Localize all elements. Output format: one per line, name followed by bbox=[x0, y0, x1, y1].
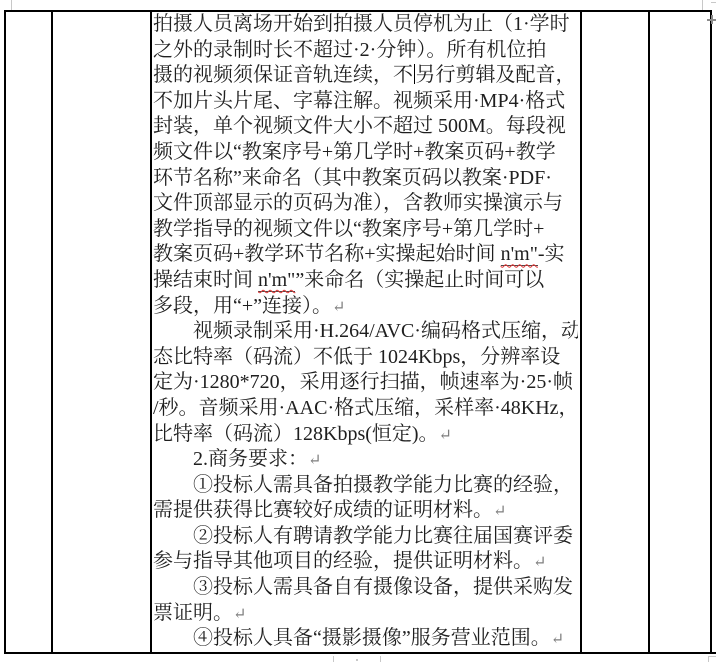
text-segment: ①投标人需具备拍摄教学能力比赛的经验， bbox=[153, 474, 573, 496]
table-resize-handle-icon[interactable] bbox=[707, 15, 716, 24]
gridline-fragment-bottom-corner-v bbox=[708, 656, 709, 662]
text-line[interactable]: /秒。音频采用·AAC·格式压缩，采样率·48KHz， bbox=[153, 396, 578, 422]
word-document-view: { "colors": { "border": "#000000", "grid… bbox=[0, 0, 716, 662]
text-line[interactable]: 2.商务要求：↵ bbox=[153, 447, 578, 473]
text-segment: ②投标人有聘请教学能力比赛往届国赛评委 bbox=[153, 525, 573, 547]
text-segment: ④投标人具备“摄影摄像”服务营业范围。 bbox=[153, 627, 551, 649]
misspelled-text: n'm" bbox=[258, 269, 295, 292]
text-segment: 比特率（码流）128Kbps(恒定)。 bbox=[153, 423, 439, 445]
text-line[interactable]: 不加片头片尾、字幕注解。视频采用·MP4·格式 bbox=[153, 89, 578, 115]
table-divider-2 bbox=[150, 10, 152, 654]
text-segment: 环节名称”来命名（其中教案页码以教案·PDF· bbox=[153, 167, 552, 189]
text-line[interactable]: 封装，单个视频文件大小不超过 500M。每段视 bbox=[153, 114, 578, 140]
text-segment: 封装，单个视频文件大小不超过 500M。每段视 bbox=[153, 115, 566, 137]
paragraph-mark-icon: ↵ bbox=[308, 452, 321, 469]
text-segment: 参与指导其他项目的经验，提供证明材料。 bbox=[153, 550, 533, 572]
text-line[interactable]: ②投标人有聘请教学能力比赛往届国赛评委 bbox=[153, 524, 578, 550]
text-line[interactable]: 票证明。↵ bbox=[153, 601, 578, 627]
gridline-fragment-bottom-dot bbox=[356, 659, 358, 661]
gridline-fragment-bottom-1 bbox=[333, 656, 334, 662]
paragraph-mark-icon: ↵ bbox=[551, 631, 564, 648]
text-line[interactable]: 文件顶部显示的页码为准），含教师实操演示与 bbox=[153, 191, 578, 217]
table-border-bottom bbox=[4, 652, 716, 654]
table-cell-col1[interactable] bbox=[6, 12, 50, 651]
gridline-fragment-bottom-corner-h bbox=[708, 656, 716, 657]
text-segment: 另行剪辑及配音， bbox=[416, 64, 576, 86]
text-line[interactable]: 频文件以“教案序号+第几学时+教案页码+教学 bbox=[153, 140, 578, 166]
text-segment: 教案页码+教学环节名称+实操起始时间 bbox=[153, 243, 501, 265]
text-segment: 多段，用“+”连接）。 bbox=[153, 295, 332, 317]
text-segment: 需提供获得比赛较好成绩的证明材料。 bbox=[153, 499, 493, 521]
paragraph-mark-icon: ↵ bbox=[493, 503, 506, 520]
table-cell-requirements-text[interactable]: 拍摄人员离场开始到拍摄人员停机为止（1·学时之外的录制时长不超过·2·分钟）。所… bbox=[153, 12, 578, 652]
text-segment: 态比特率（码流）不低于 1024Kbps，分辨率设 bbox=[153, 346, 560, 368]
text-line[interactable]: 视频录制采用·H.264/AVC·编码格式压缩，动 bbox=[153, 319, 578, 345]
text-line[interactable]: 拍摄人员离场开始到拍摄人员停机为止（1·学时 bbox=[153, 12, 578, 38]
text-segment: ”来命名（实操起止时间可以 bbox=[295, 269, 544, 291]
text-segment: 操结束时间 bbox=[153, 269, 258, 291]
text-line[interactable]: 态比特率（码流）不低于 1024Kbps，分辨率设 bbox=[153, 345, 578, 371]
text-line[interactable]: 多段，用“+”连接）。↵ bbox=[153, 294, 578, 320]
text-segment: 票证明。 bbox=[153, 602, 233, 624]
table-cell-col2[interactable] bbox=[53, 12, 149, 651]
text-segment: 拍摄人员离场开始到拍摄人员停机为止（1·学时 bbox=[153, 13, 570, 35]
text-segment: 摄的视频须保证音轨连续，不 bbox=[153, 64, 413, 86]
paragraph-mark-icon: ↵ bbox=[439, 427, 452, 444]
gridline-fragment-top-right bbox=[702, 0, 703, 10]
text-segment: 定为·1280*720，采用逐行扫描，帧速率为·25·帧 bbox=[153, 371, 573, 393]
gridline-fragment-top-corner bbox=[711, 2, 716, 3]
text-segment: 教学指导的视频文件以“教案序号+第几学时+ bbox=[153, 218, 544, 240]
text-line[interactable]: 定为·1280*720，采用逐行扫描，帧速率为·25·帧 bbox=[153, 370, 578, 396]
text-line[interactable]: ④投标人具备“摄影摄像”服务营业范围。↵ bbox=[153, 626, 578, 652]
text-segment: 视频录制采用·H.264/AVC·编码格式压缩，动 bbox=[153, 320, 578, 342]
text-line[interactable]: 需提供获得比赛较好成绩的证明材料。↵ bbox=[153, 498, 578, 524]
text-line[interactable]: 环节名称”来命名（其中教案页码以教案·PDF· bbox=[153, 166, 578, 192]
text-segment: ③投标人需具备自有摄像设备，提供采购发 bbox=[153, 576, 573, 598]
text-segment: 频文件以“教案序号+第几学时+教案页码+教学 bbox=[153, 141, 556, 163]
table-cell-col4[interactable] bbox=[582, 12, 647, 651]
text-line[interactable]: 之外的录制时长不超过·2·分钟）。所有机位拍 bbox=[153, 38, 578, 64]
table-border-right bbox=[710, 10, 712, 654]
paragraph-mark-icon: ↵ bbox=[233, 606, 246, 623]
text-segment: /秒。音频采用·AAC·格式压缩，采样率·48KHz， bbox=[153, 397, 578, 419]
gridline-fragment-bottom-2 bbox=[380, 656, 381, 662]
text-segment: -实 bbox=[538, 243, 565, 265]
text-line[interactable]: 比特率（码流）128Kbps(恒定)。↵ bbox=[153, 422, 578, 448]
text-line[interactable]: ③投标人需具备自有摄像设备，提供采购发 bbox=[153, 575, 578, 601]
text-segment: 之外的录制时长不超过·2·分钟）。所有机位拍 bbox=[153, 39, 546, 61]
paragraph-mark-icon: ↵ bbox=[533, 554, 546, 571]
text-line[interactable]: 操结束时间 n'm"”来命名（实操起止时间可以 bbox=[153, 268, 578, 294]
text-segment: 2.商务要求： bbox=[153, 448, 308, 470]
text-segment: 不加片头片尾、字幕注解。视频采用·MP4·格式 bbox=[153, 90, 565, 112]
table-cell-col5[interactable] bbox=[650, 12, 709, 651]
text-line[interactable]: 教学指导的视频文件以“教案序号+第几学时+ bbox=[153, 217, 578, 243]
gridline-fragment-top-left bbox=[11, 0, 12, 10]
text-line[interactable]: 参与指导其他项目的经验，提供证明材料。↵ bbox=[153, 549, 578, 575]
text-line[interactable]: 摄的视频须保证音轨连续，不另行剪辑及配音， bbox=[153, 63, 578, 89]
paragraph-mark-icon: ↵ bbox=[332, 299, 345, 316]
text-line[interactable]: 教案页码+教学环节名称+实操起始时间 n'm"-实 bbox=[153, 242, 578, 268]
text-line[interactable]: ①投标人需具备拍摄教学能力比赛的经验， bbox=[153, 473, 578, 499]
text-segment: 文件顶部显示的页码为准），含教师实操演示与 bbox=[153, 192, 563, 214]
misspelled-text: n'm" bbox=[501, 243, 538, 266]
